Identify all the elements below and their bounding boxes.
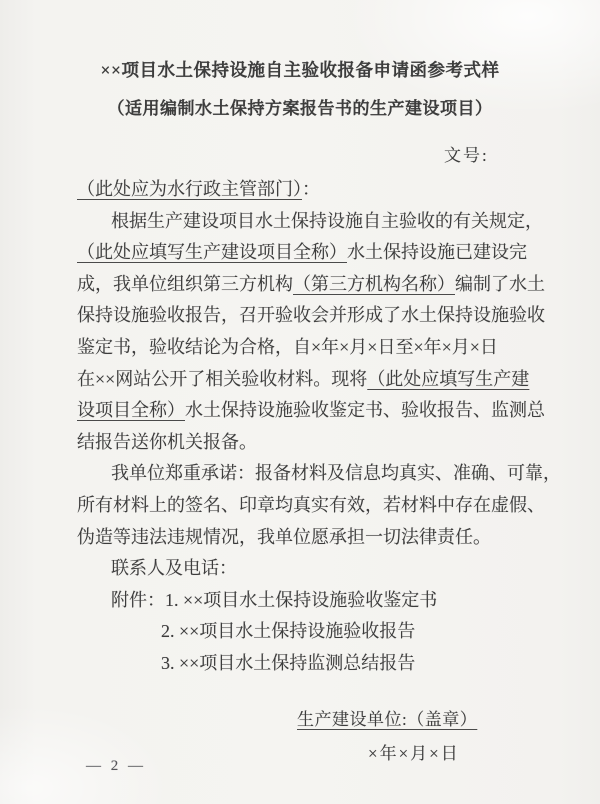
body-line: 伪造等违法违规情况，我单位愿承担一切法律责任。 <box>77 522 537 554</box>
blank-third-party-name: （第三方机构名称） <box>293 274 455 294</box>
body-text: 水土保持设施验收鉴定书、验收报告、监测总 <box>185 400 545 420</box>
document-title: ××项目水土保持设施自主验收报备申请函参考式样 <box>0 57 600 82</box>
attachment-line-1: 附件：1. ××项目水土保持设施验收鉴定书 <box>77 585 537 617</box>
page-number: — 2 — <box>86 758 146 775</box>
body-line: （此处应为水行政主管部门）： <box>77 174 537 206</box>
body-line: 设项目全称）水土保持设施验收鉴定书、验收报告、监测总 <box>77 395 537 427</box>
body-text: 联系人及电话： <box>111 558 237 578</box>
body-line: 结报告送你机关报备。 <box>77 427 537 459</box>
body-line: （此处应填写生产建设项目全称）水土保持设施已建设完 <box>77 237 537 269</box>
body-line: 所有材料上的签名、印章均真实有效，若材料中存在虚假、 <box>77 490 537 522</box>
attachment-line-2: 2. ××项目水土保持设施验收报告 <box>161 616 537 648</box>
body-line: 鉴定书，验收结论为合格，自×年×月×日至×年×月×日 <box>77 332 537 364</box>
body-line: 在××网站公开了相关验收材料。现将（此处应填写生产建 <box>77 364 537 396</box>
body-text: 伪造等违法违规情况，我单位愿承担一切法律责任。 <box>77 527 491 547</box>
body-text: 附件：1. ××项目水土保持设施验收鉴定书 <box>111 590 437 610</box>
contact-line: 联系人及电话： <box>77 553 537 585</box>
body-text: 水土保持设施已建设完 <box>347 242 527 262</box>
letter-body: （此处应为水行政主管部门）： 根据生产建设项目水土保持设施自主验收的有关规定， … <box>77 174 537 680</box>
body-text: 成，我单位组织第三方机构 <box>77 274 293 294</box>
doc-number-label: 文号: <box>444 141 489 166</box>
body-text: 所有材料上的签名、印章均真实有效，若材料中存在虚假、 <box>77 495 545 515</box>
attachment-line-3: 3. ××项目水土保持监测总结报告 <box>161 648 537 680</box>
body-text: 结报告送你机关报备。 <box>77 432 257 452</box>
signature-date-line: ×年×月×日 <box>368 739 460 764</box>
scanned-document-page: ××项目水土保持设施自主验收报备申请函参考式样 （适用编制水土保持方案报告书的生… <box>0 0 600 804</box>
body-line: 我单位郑重承诺：报备材料及信息均真实、准确、可靠， <box>77 458 537 490</box>
body-text: 在××网站公开了相关验收材料。现将 <box>77 369 367 389</box>
body-text: ： <box>302 179 320 199</box>
signature-unit-seal-line: 生产建设单位:（盖章） <box>297 705 477 730</box>
blank-project-name: （此处应填写生产建 <box>367 369 529 389</box>
body-line: 成，我单位组织第三方机构（第三方机构名称）编制了水土 <box>77 269 537 301</box>
body-text: 保持设施验收报告，召开验收会并形成了水土保持设施验收 <box>77 305 545 325</box>
blank-project-name: （此处应填写生产建设项目全称） <box>77 242 347 262</box>
body-text: 3. ××项目水土保持监测总结报告 <box>161 653 415 673</box>
body-line: 根据生产建设项目水土保持设施自主验收的有关规定， <box>77 206 537 238</box>
body-text: 编制了水土 <box>455 274 545 294</box>
body-text: 2. ××项目水土保持设施验收报告 <box>161 621 415 641</box>
body-text: 鉴定书，验收结论为合格，自×年×月×日至×年×月×日 <box>77 337 498 357</box>
body-text: 我单位郑重承诺：报备材料及信息均真实、准确、可靠， <box>111 463 561 483</box>
blank-project-name-cont: 设项目全称） <box>77 400 185 420</box>
body-text: 根据生产建设项目水土保持设施自主验收的有关规定， <box>111 211 543 231</box>
document-subtitle: （适用编制水土保持方案报告书的生产建设项目） <box>0 94 600 119</box>
blank-recipient-authority: （此处应为水行政主管部门） <box>77 179 302 199</box>
body-line: 保持设施验收报告，召开验收会并形成了水土保持设施验收 <box>77 300 537 332</box>
